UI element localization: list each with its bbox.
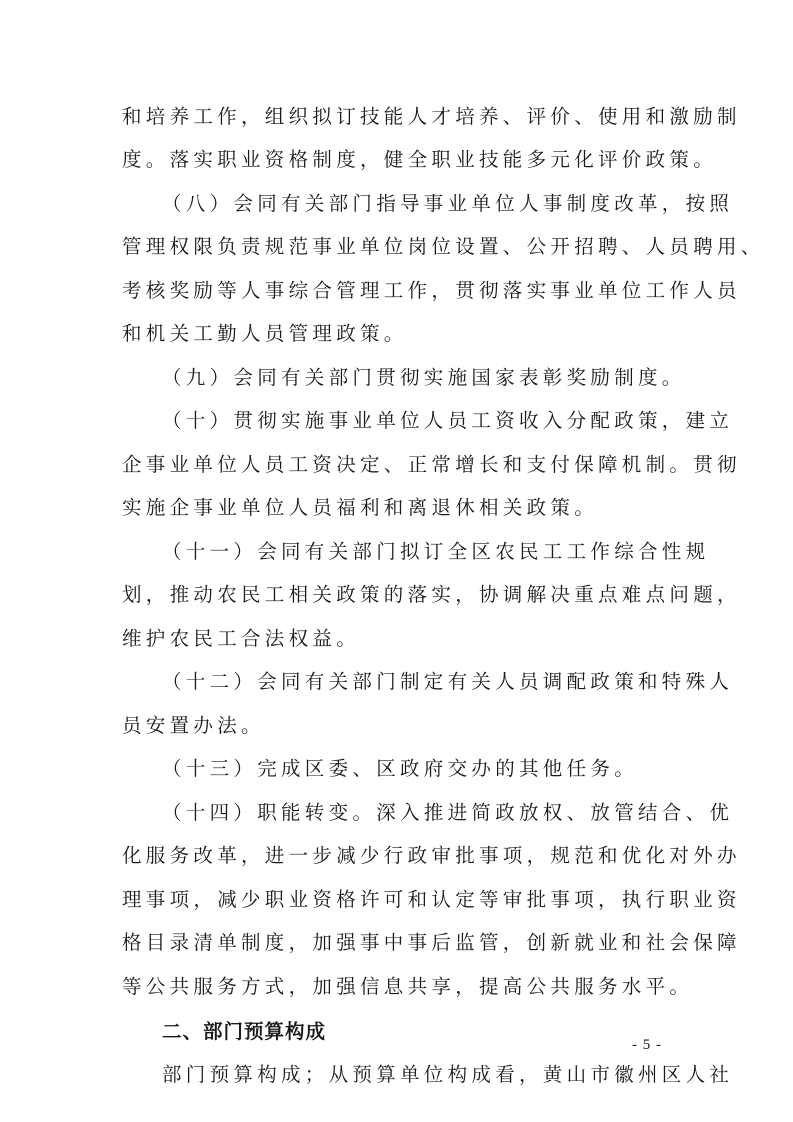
page-number: - 5 - [632,1035,662,1055]
paragraph-line: 维护农民工合法权益。 [122,625,682,653]
paragraph-line: 理事项，减少职业资格许可和认定等审批事项，执行职业资 [122,886,682,914]
paragraph-line: 划，推动农民工相关政策的落实，协调解决重点难点问题， [122,581,682,609]
paragraph-line: 和机关工勤人员管理政策。 [122,320,682,348]
paragraph-line: （十）贯彻实施事业单位人员工资收入分配政策，建立 [162,407,722,435]
paragraph-line: 格目录清单制度，加强事中事后监管，创新就业和社会保障 [122,929,682,957]
paragraph-line: 化服务改革，进一步减少行政审批事项，规范和优化对外办 [122,842,682,870]
paragraph-line: （九）会同有关部门贯彻实施国家表彰奖励制度。 [162,364,722,392]
paragraph-line: （十一）会同有关部门拟订全区农民工工作综合性规 [162,538,722,566]
paragraph-line: （八）会同有关部门指导事业单位人事制度改革，按照 [162,190,722,218]
paragraph-line: 和培养工作，组织拟订技能人才培养、评价、使用和激励制 [122,103,682,131]
paragraph-line: 管理权限负责规范事业单位岗位设置、公开招聘、人员聘用、 [122,233,682,261]
paragraph-line: 实施企事业单位人员福利和离退休相关政策。 [122,494,682,522]
document-page: 和培养工作，组织拟订技能人才培养、评价、使用和激励制度。落实职业资格制度，健全职… [0,0,793,1122]
paragraph-line: 等公共服务方式，加强信息共享，提高公共服务水平。 [122,973,682,1001]
paragraph-line: 度。落实职业资格制度，健全职业技能多元化评价政策。 [122,146,682,174]
paragraph-line: 员安置办法。 [122,712,682,740]
paragraph-line: （十二）会同有关部门制定有关人员调配政策和特殊人 [162,668,722,696]
paragraph-line: 企事业单位人员工资决定、正常增长和支付保障机制。贯彻 [122,451,682,479]
paragraph-line: 考核奖励等人事综合管理工作，贯彻落实事业单位工作人员 [122,277,682,305]
paragraph-line: 部门预算构成；从预算单位构成看，黄山市徽州区人社 [162,1061,722,1089]
paragraph-line: （十三）完成区委、区政府交办的其他任务。 [162,755,722,783]
paragraph-line: （十四）职能转变。深入推进简政放权、放管结合、优 [162,799,722,827]
